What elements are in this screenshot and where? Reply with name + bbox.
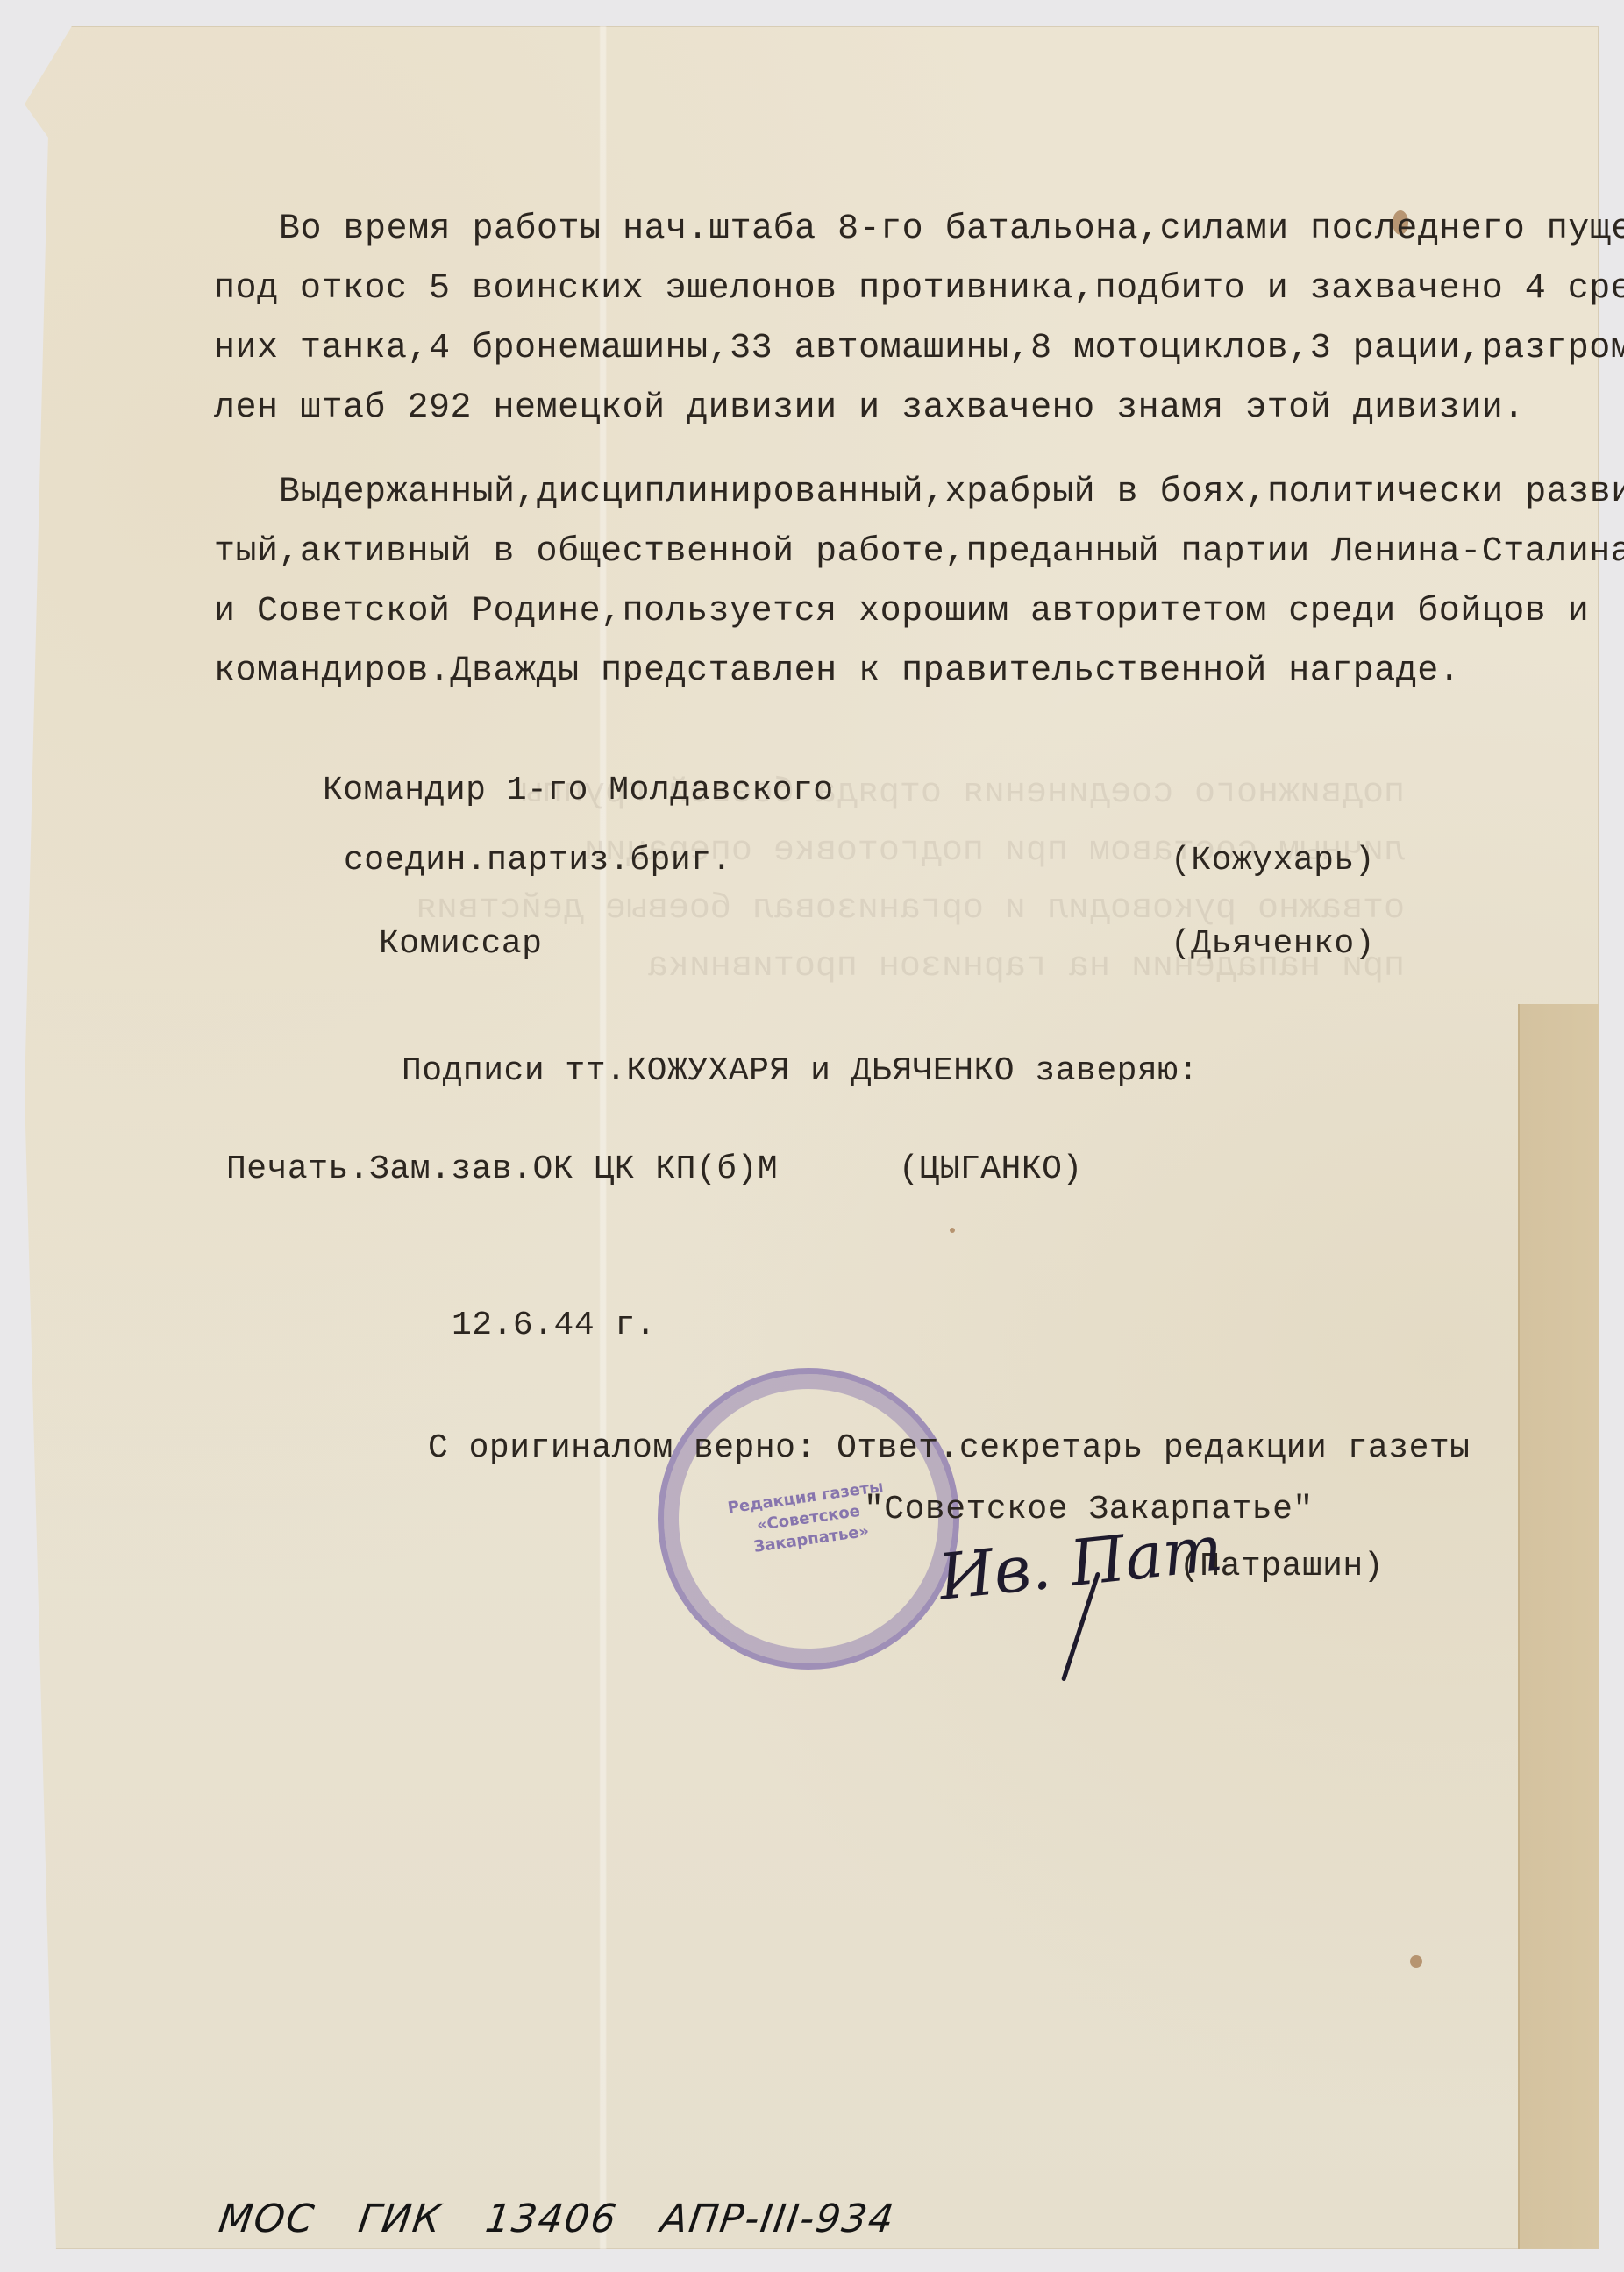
commissar-title: Комиссар <box>379 925 542 963</box>
text-line: и Советской Родине,пользуется хорошим ав… <box>214 582 1624 642</box>
copy-attestation-line1: С оригиналом верно: Ответ.секретарь реда… <box>428 1429 1471 1467</box>
certification-date: 12.6.44 г. <box>452 1307 656 1344</box>
seal-line: Печать.Зам.зав.ОК ЦК КП(б)М <box>226 1150 778 1188</box>
copy-attestation-line2: "Советское Закарпатье" <box>864 1491 1314 1528</box>
paper-repair-strip <box>1518 1004 1599 2249</box>
archive-collection: МОС ГИК <box>216 2197 445 2241</box>
archive-number: 13406 <box>482 2197 620 2241</box>
stain-spot <box>1410 1955 1422 1968</box>
archive-annotation: МОС ГИК 13406 АПР-III-934 <box>216 2197 898 2241</box>
stain-spot <box>950 1228 955 1233</box>
text-line: Выдержанный,дисциплинированный,храбрый в… <box>279 463 1624 523</box>
text-line: них танка,4 бронемашины,33 автомашины,8 … <box>214 319 1624 379</box>
certifier-name: (ЦЫГАНКО) <box>899 1150 1083 1188</box>
text-line: лен штаб 292 немецкой дивизии и захвачен… <box>214 379 1624 438</box>
archive-code: АПР-III-934 <box>658 2197 898 2241</box>
commander-title-line2: соедин.партиз.бриг. <box>344 842 732 880</box>
paragraph-combat-results: Во время работы нач.штаба 8-го батальона… <box>226 200 1624 438</box>
text-line: Во время работы нач.штаба 8-го батальона… <box>279 200 1624 260</box>
text-line: под откос 5 воинских эшелонов противника… <box>214 260 1624 319</box>
certification-text: Подписи тт.КОЖУХАРЯ и ДЬЯЧЕНКО заверяю: <box>402 1052 1199 1090</box>
commander-name: (Кожухарь) <box>1171 842 1375 880</box>
commander-title-line1: Командир 1-го Молдавского <box>323 772 834 809</box>
text-line: командиров.Дважды представлен к правител… <box>214 642 1624 702</box>
text-line: тый,активный в общественной работе,преда… <box>214 523 1624 582</box>
paragraph-characterization: Выдержанный,дисциплинированный,храбрый в… <box>226 463 1624 702</box>
commissar-name: (Дьяченко) <box>1171 925 1375 963</box>
